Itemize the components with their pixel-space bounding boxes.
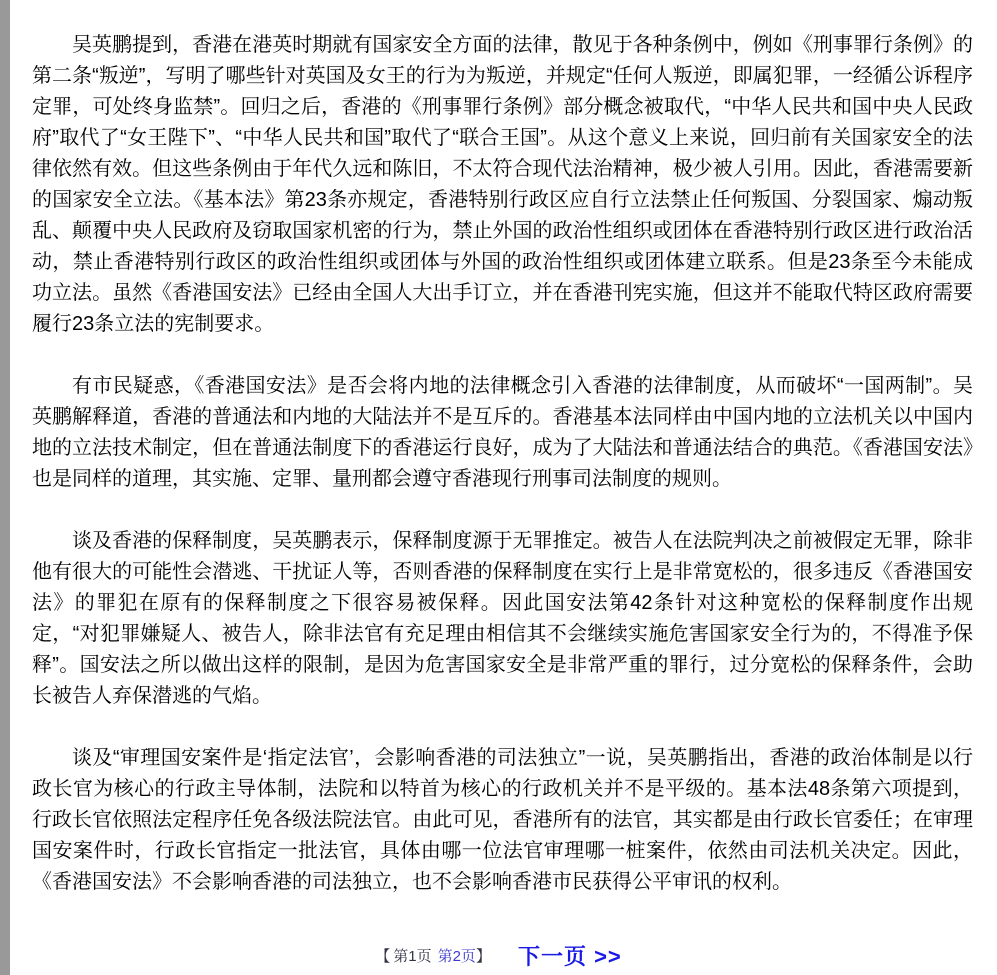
article-body: 吴英鹏提到，香港在港英时期就有国家安全方面的法律，散见于各种条例中，例如《刑事罪… [32, 30, 973, 929]
paragraph: 有市民疑惑，《香港国安法》是否会将内地的法律概念引入香港的法律制度，从而破坏“一… [32, 371, 973, 495]
page-2-link[interactable]: 第2页 [438, 948, 476, 965]
bracket-open: 【 [375, 948, 391, 965]
left-edge-strip [0, 0, 10, 975]
paragraph: 谈及香港的保释制度，吴英鹏表示，保释制度源于无罪推定。被告人在法院判决之前被假定… [32, 526, 973, 712]
paragraph: 谈及“审理国安案件是‘指定法官’，会影响香港的司法独立”一说，吴英鹏指出，香港的… [32, 743, 973, 898]
next-page-link[interactable]: 下一页 >> [518, 940, 622, 971]
page-1-indicator: 第1页 [393, 948, 431, 965]
pagination: 【第1页第2页】 下一页 >> [0, 940, 997, 971]
page-number-group: 【第1页第2页】 [375, 945, 492, 966]
paragraph: 吴英鹏提到，香港在港英时期就有国家安全方面的法律，散见于各种条例中，例如《刑事罪… [32, 30, 973, 340]
bracket-close: 】 [476, 948, 492, 965]
